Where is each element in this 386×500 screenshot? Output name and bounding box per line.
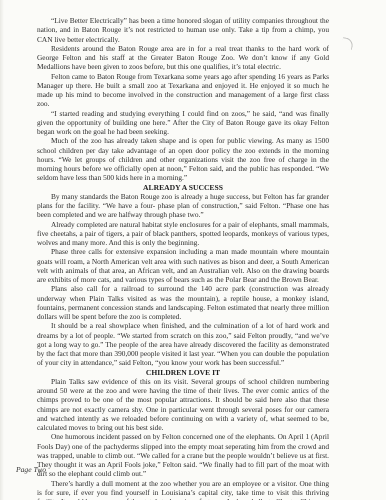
article-body: “Live Better Electrically” has been a ti… [37, 16, 329, 500]
page-number-label: Page Two [16, 465, 46, 474]
scan-edge-shadow [0, 0, 4, 500]
paragraph-children-2: One humorous incident passed on by Felto… [37, 432, 329, 478]
paragraph-intro-2: Residents around the Baton Rouge area ar… [37, 44, 329, 72]
section-heading-children-love-it: CHILDREN LOVE IT [37, 368, 329, 377]
paragraph-success-4: Plans also call for a railroad to surrou… [37, 284, 329, 321]
paragraph-success-3: Phase three calls for extensive expansio… [37, 247, 329, 284]
paragraph-intro-5: Much of the zoo has already taken shape … [37, 136, 329, 182]
scan-mark [341, 37, 354, 50]
paragraph-intro-3: Felton came to Baton Rouge from Texarkan… [37, 72, 329, 109]
paragraph-intro-4: “I started reading and studying everythi… [37, 109, 329, 137]
paragraph-intro-1: “Live Better Electrically” has been a ti… [37, 16, 329, 44]
paragraph-success-2: Already completed are natural habitat st… [37, 220, 329, 248]
paragraph-children-3: There’s hardly a dull moment at the zoo … [37, 479, 329, 500]
paragraph-success-5: It should be a real showplace when finis… [37, 321, 329, 367]
section-heading-already-a-success: ALREADY A SUCCESS [37, 183, 329, 192]
paragraph-children-1: Plain Talks saw evidence of this on its … [37, 377, 329, 433]
paragraph-success-1: By many standards the Baton Rouge zoo is… [37, 192, 329, 220]
